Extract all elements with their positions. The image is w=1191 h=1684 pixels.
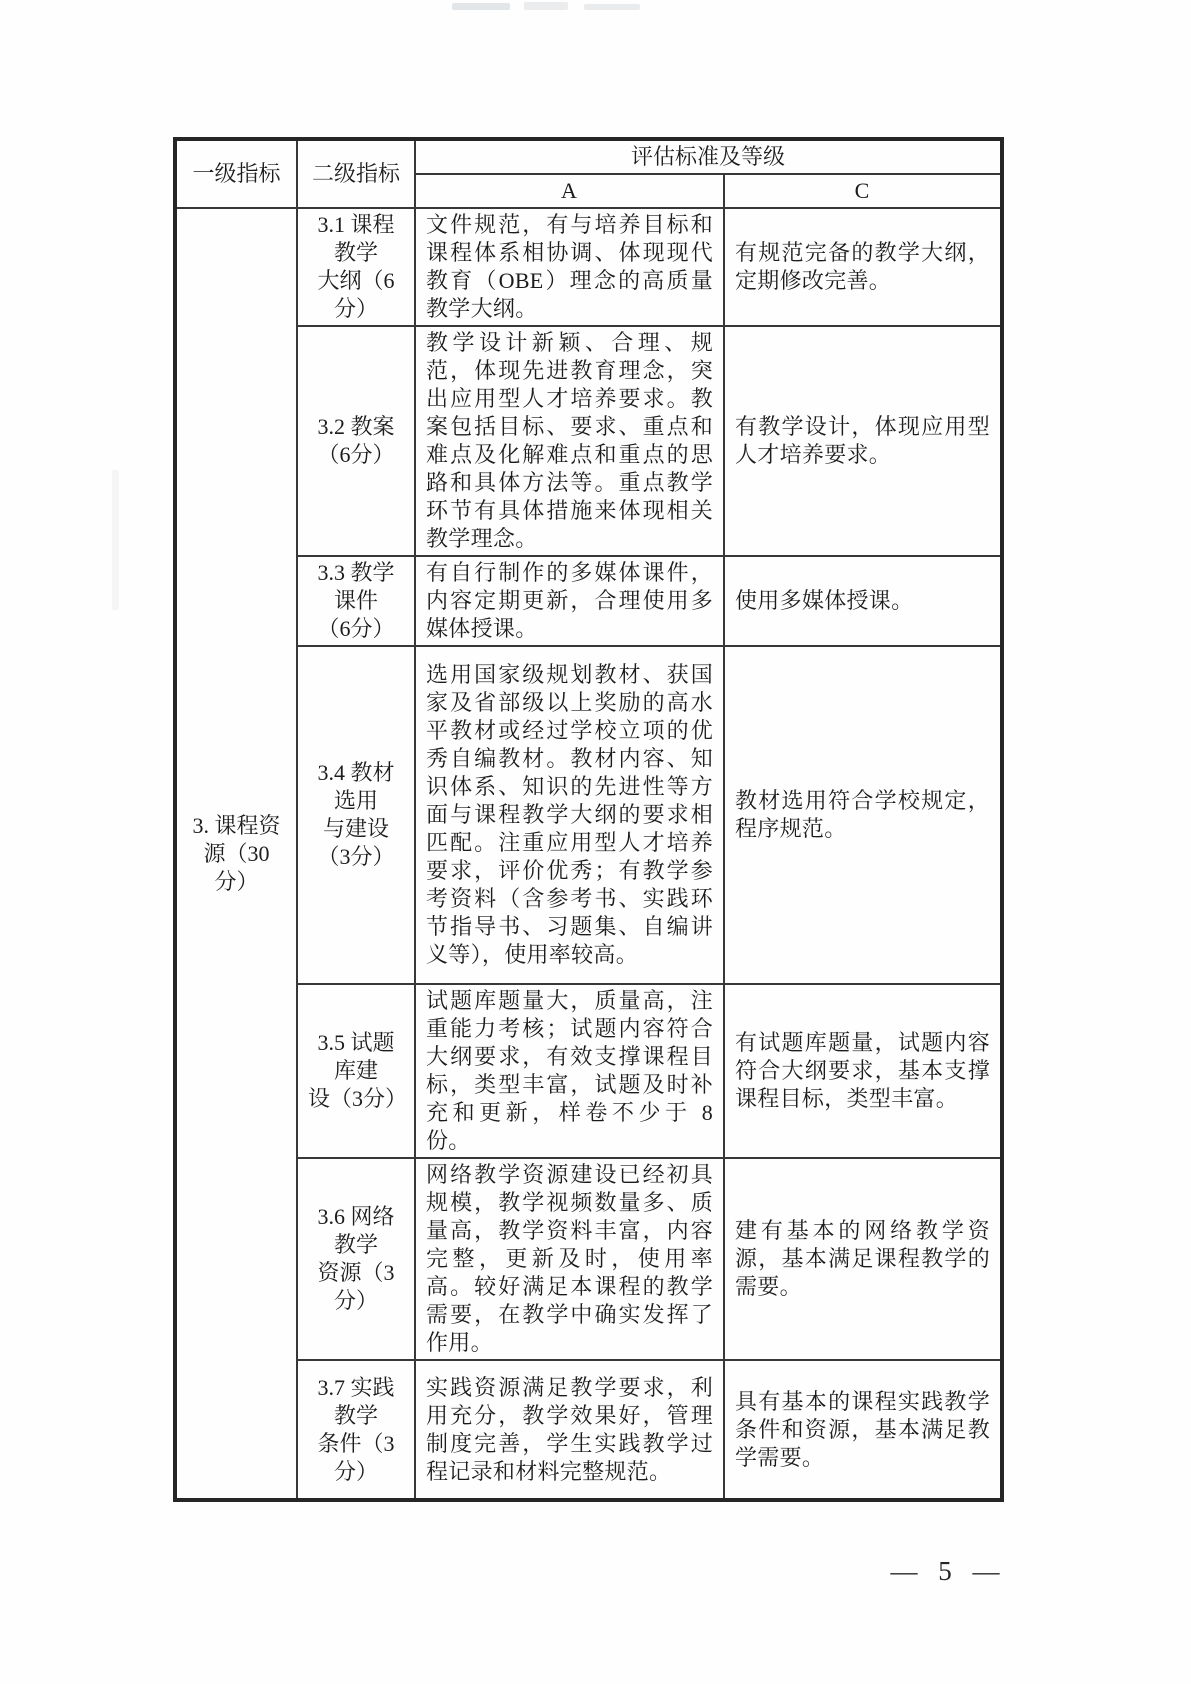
criteria-c-cell: 教材选用符合学校规定，程序规范。 xyxy=(724,646,1002,984)
page-number: — 5 — xyxy=(858,1556,1034,1587)
row-indicator: 3.4 教材选用 与建设（3分） xyxy=(297,646,415,984)
table-row: 3.7 实践教学 条件（3分） 实践资源满足教学要求，利用充分，教学效果好，管理… xyxy=(175,1360,1002,1500)
row-indicator: 3.7 实践教学 条件（3分） xyxy=(297,1360,415,1500)
criteria-a-cell: 选用国家级规划教材、获国家及省部级以上奖励的高水平教材或经过学校立项的优秀自编教… xyxy=(415,646,724,984)
table-row: 3.4 教材选用 与建设（3分） 选用国家级规划教材、获国家及省部级以上奖励的高… xyxy=(175,646,1002,984)
row-indicator: 3.1 课程教学 大纲（6分） xyxy=(297,208,415,326)
criteria-a-cell: 文件规范，有与培养目标和课程体系相协调、体现现代教育（OBE）理念的高质量教学大… xyxy=(415,208,724,326)
table-row: 3.2 教案 （6分） 教学设计新颖、合理、规范，体现先进教育理念，突出应用型人… xyxy=(175,326,1002,556)
table-row: 3.6 网络教学 资源（3分） 网络教学资源建设已经初具规模，教学视频数量多、质… xyxy=(175,1158,1002,1360)
criteria-a-cell: 实践资源满足教学要求，利用充分，教学效果好，管理制度完善，学生实践教学过程记录和… xyxy=(415,1360,724,1500)
criteria-c-cell: 具有基本的课程实践教学条件和资源，基本满足教学需要。 xyxy=(724,1360,1002,1500)
criteria-a-cell: 教学设计新颖、合理、规范，体现先进教育理念，突出应用型人才培养要求。教案包括目标… xyxy=(415,326,724,556)
table-row: 3.3 教学课件 （6分） 有自行制作的多媒体课件，内容定期更新，合理使用多媒体… xyxy=(175,556,1002,646)
criteria-a-cell: 有自行制作的多媒体课件，内容定期更新，合理使用多媒体授课。 xyxy=(415,556,724,646)
header-level2-indicator: 二级指标 xyxy=(297,139,415,208)
criteria-c-cell: 有规范完备的教学大纲，定期修改完善。 xyxy=(724,208,1002,326)
table-row: 3. 课程资 源（30分） 3.1 课程教学 大纲（6分） 文件规范，有与培养目… xyxy=(175,208,1002,326)
criteria-c-cell: 有教学设计，体现应用型人才培养要求。 xyxy=(724,326,1002,556)
criteria-a-cell: 试题库题量大，质量高，注重能力考核；试题内容符合大纲要求，有效支撑课程目标，类型… xyxy=(415,984,724,1158)
criteria-c-cell: 有试题库题量，试题内容符合大纲要求，基本支撑课程目标，类型丰富。 xyxy=(724,984,1002,1158)
row-indicator: 3.3 教学课件 （6分） xyxy=(297,556,415,646)
scan-artifact xyxy=(112,470,119,610)
scan-artifact xyxy=(524,2,568,10)
row-indicator: 3.2 教案 （6分） xyxy=(297,326,415,556)
row-indicator: 3.6 网络教学 资源（3分） xyxy=(297,1158,415,1360)
header-level1-indicator: 一级指标 xyxy=(175,139,297,208)
criteria-c-cell: 使用多媒体授课。 xyxy=(724,556,1002,646)
criteria-a-cell: 网络教学资源建设已经初具规模，教学视频数量多、质量高，教学资料丰富，内容完整，更… xyxy=(415,1158,724,1360)
table-row: 3.5 试题库建 设（3分） 试题库题量大，质量高，注重能力考核；试题内容符合大… xyxy=(175,984,1002,1158)
header-grade-a: A xyxy=(415,174,724,208)
row-indicator: 3.5 试题库建 设（3分） xyxy=(297,984,415,1158)
header-criteria: 评估标准及等级 xyxy=(415,139,1002,174)
scan-artifact xyxy=(584,4,640,10)
level1-indicator-cell: 3. 课程资 源（30分） xyxy=(175,208,297,1500)
evaluation-criteria-table: 一级指标 二级指标 评估标准及等级 A C 3. 课程资 源（30分） 3.1 … xyxy=(173,137,1004,1502)
scan-artifact xyxy=(452,3,510,10)
criteria-c-cell: 建有基本的网络教学资源，基本满足课程教学的需要。 xyxy=(724,1158,1002,1360)
header-grade-c: C xyxy=(724,174,1002,208)
document-page: 一级指标 二级指标 评估标准及等级 A C 3. 课程资 源（30分） 3.1 … xyxy=(0,0,1191,1684)
